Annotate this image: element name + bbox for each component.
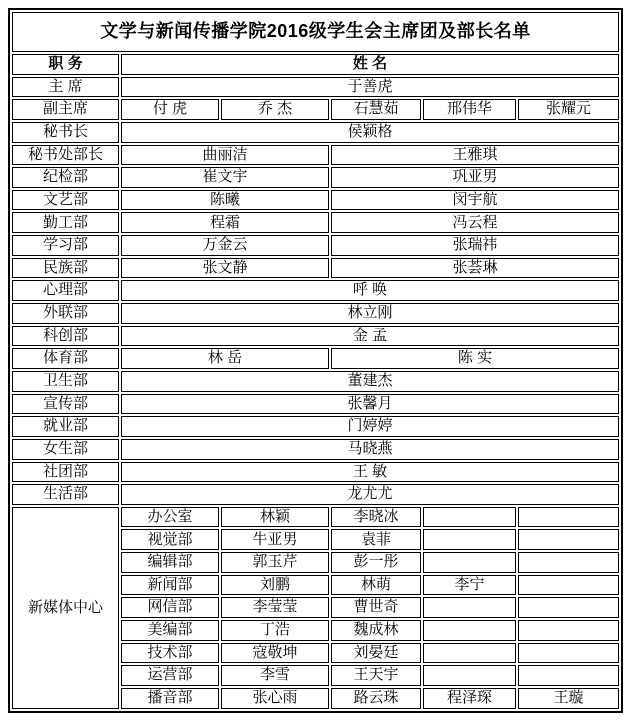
name-cell (518, 552, 619, 573)
sub-dept-cell: 技术部 (121, 643, 219, 664)
table-row: 秘书处部长曲丽洁王雅琪 (12, 145, 619, 166)
name-cell: 寇敬坤 (221, 643, 329, 664)
position-cell: 卫生部 (12, 371, 119, 392)
name-cell: 程泽琛 (423, 688, 516, 709)
table-row: 生活部龙尤尤 (12, 484, 619, 505)
name-cell (518, 620, 619, 641)
roster-table: 文学与新闻传播学院2016级学生会主席团及部长名单 职 务 姓 名 主 席于善虎… (8, 8, 623, 713)
name-cell: 邢伟华 (423, 99, 516, 120)
name-cell: 张馨月 (121, 394, 619, 415)
name-cell: 呼 唤 (121, 280, 619, 301)
name-cell: 林立刚 (121, 303, 619, 324)
name-cell: 李雪 (221, 665, 329, 686)
sub-dept-cell: 美编部 (121, 620, 219, 641)
sub-dept-cell: 播音部 (121, 688, 219, 709)
position-cell: 外联部 (12, 303, 119, 324)
position-cell: 体育部 (12, 348, 119, 369)
sub-dept-cell: 运营部 (121, 665, 219, 686)
name-cell: 彭一彤 (331, 552, 421, 573)
table-row: 民族部张文静张荟琳 (12, 258, 619, 279)
position-cell: 秘书处部长 (12, 145, 119, 166)
name-cell: 张瑞祎 (331, 235, 619, 256)
name-cell: 李晓冰 (331, 507, 421, 528)
name-cell: 王璇 (518, 688, 619, 709)
name-cell: 石慧茹 (331, 99, 421, 120)
name-cell: 李宁 (423, 575, 516, 596)
name-cell (518, 529, 619, 550)
sub-dept-cell: 办公室 (121, 507, 219, 528)
name-cell (423, 665, 516, 686)
name-cell: 陈 实 (331, 348, 619, 369)
name-cell: 张心雨 (221, 688, 329, 709)
name-cell: 金 孟 (121, 326, 619, 347)
name-cell: 丁浩 (221, 620, 329, 641)
table-row: 科创部金 孟 (12, 326, 619, 347)
name-cell: 万金云 (121, 235, 329, 256)
name-cell: 林 岳 (121, 348, 329, 369)
position-cell: 文艺部 (12, 190, 119, 211)
name-cell: 门婷婷 (121, 416, 619, 437)
new-media-label: 新媒体中心 (12, 507, 119, 709)
position-cell: 纪检部 (12, 167, 119, 188)
name-cell (518, 665, 619, 686)
name-cell: 付 虎 (121, 99, 219, 120)
name-cell: 张荟琳 (331, 258, 619, 279)
sub-dept-cell: 编辑部 (121, 552, 219, 573)
name-cell: 路云珠 (331, 688, 421, 709)
name-cell: 李莹莹 (221, 597, 329, 618)
name-cell: 林萌 (331, 575, 421, 596)
name-cell: 董建杰 (121, 371, 619, 392)
sub-dept-cell: 网信部 (121, 597, 219, 618)
name-cell (423, 620, 516, 641)
position-cell: 就业部 (12, 416, 119, 437)
position-cell: 学习部 (12, 235, 119, 256)
name-cell: 林颖 (221, 507, 329, 528)
table-row: 主 席于善虎 (12, 77, 619, 98)
table-row: 文艺部陈曦闵宇航 (12, 190, 619, 211)
table-row: 卫生部董建杰 (12, 371, 619, 392)
table-row: 勤工部程霜冯云程 (12, 212, 619, 233)
name-cell (423, 552, 516, 573)
sub-dept-cell: 新闻部 (121, 575, 219, 596)
name-cell: 曲丽洁 (121, 145, 329, 166)
name-cell: 侯颖格 (121, 122, 619, 143)
name-cell: 魏成林 (331, 620, 421, 641)
name-cell: 张文静 (121, 258, 329, 279)
name-cell: 刘晏廷 (331, 643, 421, 664)
name-cell (423, 507, 516, 528)
table-row: 心理部呼 唤 (12, 280, 619, 301)
name-cell (518, 575, 619, 596)
document-page: 文学与新闻传播学院2016级学生会主席团及部长名单 职 务 姓 名 主 席于善虎… (0, 0, 627, 721)
name-cell: 王天宇 (331, 665, 421, 686)
table-row: 学习部万金云张瑞祎 (12, 235, 619, 256)
name-cell: 乔 杰 (221, 99, 329, 120)
title-row: 文学与新闻传播学院2016级学生会主席团及部长名单 (12, 12, 619, 52)
name-cell: 程霜 (121, 212, 329, 233)
name-cell: 牛亚男 (221, 529, 329, 550)
table-row: 社团部王 敏 (12, 462, 619, 483)
new-media-row: 新媒体中心办公室林颖李晓冰 (12, 507, 619, 528)
name-cell: 闵宇航 (331, 190, 619, 211)
name-cell: 曹世奇 (331, 597, 421, 618)
position-cell: 心理部 (12, 280, 119, 301)
name-cell: 于善虎 (121, 77, 619, 98)
name-cell (423, 643, 516, 664)
name-cell (518, 597, 619, 618)
name-cell: 马晓燕 (121, 439, 619, 460)
position-cell: 生活部 (12, 484, 119, 505)
name-cell: 王雅琪 (331, 145, 619, 166)
position-cell: 科创部 (12, 326, 119, 347)
position-cell: 秘书长 (12, 122, 119, 143)
name-cell: 王 敏 (121, 462, 619, 483)
header-position: 职 务 (12, 54, 119, 75)
table-row: 秘书长侯颖格 (12, 122, 619, 143)
position-cell: 主 席 (12, 77, 119, 98)
table-row: 就业部门婷婷 (12, 416, 619, 437)
position-cell: 民族部 (12, 258, 119, 279)
name-cell: 龙尤尤 (121, 484, 619, 505)
name-cell: 巩亚男 (331, 167, 619, 188)
sub-dept-cell: 视觉部 (121, 529, 219, 550)
name-cell (518, 643, 619, 664)
name-cell: 郭玉芹 (221, 552, 329, 573)
name-cell (423, 597, 516, 618)
position-cell: 宣传部 (12, 394, 119, 415)
position-cell: 勤工部 (12, 212, 119, 233)
name-cell: 冯云程 (331, 212, 619, 233)
table-row: 体育部林 岳陈 实 (12, 348, 619, 369)
table-title: 文学与新闻传播学院2016级学生会主席团及部长名单 (12, 12, 619, 52)
name-cell: 袁菲 (331, 529, 421, 550)
table-row: 外联部林立刚 (12, 303, 619, 324)
name-cell: 张耀元 (518, 99, 619, 120)
header-name: 姓 名 (121, 54, 619, 75)
name-cell (518, 507, 619, 528)
table-row: 纪检部崔文宇巩亚男 (12, 167, 619, 188)
table-row: 宣传部张馨月 (12, 394, 619, 415)
table-row: 女生部马晓燕 (12, 439, 619, 460)
position-cell: 社团部 (12, 462, 119, 483)
name-cell: 陈曦 (121, 190, 329, 211)
name-cell: 崔文宇 (121, 167, 329, 188)
position-cell: 副主席 (12, 99, 119, 120)
name-cell (423, 529, 516, 550)
position-cell: 女生部 (12, 439, 119, 460)
table-row: 副主席付 虎乔 杰石慧茹邢伟华张耀元 (12, 99, 619, 120)
name-cell: 刘鹏 (221, 575, 329, 596)
header-row: 职 务 姓 名 (12, 54, 619, 75)
